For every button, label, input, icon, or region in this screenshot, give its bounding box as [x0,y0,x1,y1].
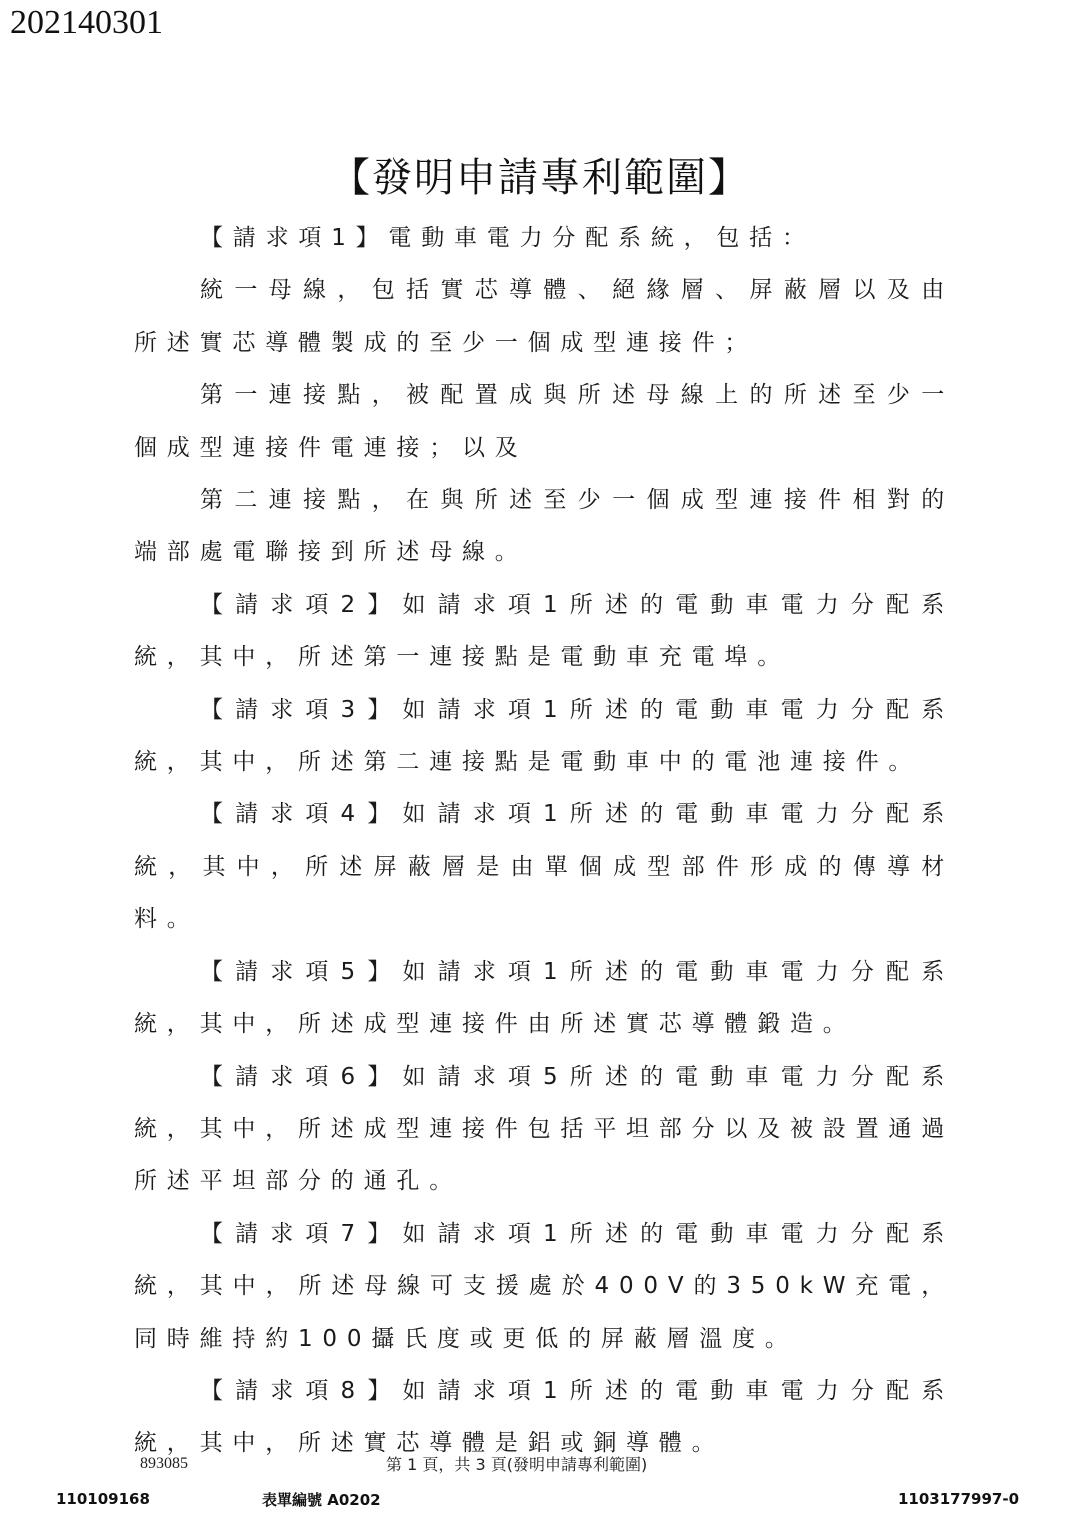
page-title: 【發明申請專利範圍】 [0,146,1080,203]
claim-5: 【請求項5】如請求項1所述的電動車電力分配系統，其中，所述成型連接件由所述實芯導… [134,946,954,1051]
claim-paragraph: 【請求項3】如請求項1所述的電動車電力分配系統，其中，所述第二連接點是電動車中的… [134,684,954,789]
claim-4: 【請求項4】如請求項1所述的電動車電力分配系統，其中，所述屏蔽層是由單個成型部件… [134,788,954,945]
claim-6: 【請求項6】如請求項5所述的電動車電力分配系統，其中，所述成型連接件包括平坦部分… [134,1051,954,1208]
claim-paragraph: 【請求項2】如請求項1所述的電動車電力分配系統，其中，所述第一連接點是電動車充電… [134,579,954,684]
claim-3: 【請求項3】如請求項1所述的電動車電力分配系統，其中，所述第二連接點是電動車中的… [134,684,954,789]
claim-paragraph: 第一連接點，被配置成與所述母線上的所述至少一個成型連接件電連接；以及 [134,369,954,474]
footer-code: 893085 [140,1455,188,1473]
claim-2: 【請求項2】如請求項1所述的電動車電力分配系統，其中，所述第一連接點是電動車充電… [134,579,954,684]
claim-paragraph: 【請求項4】如請求項1所述的電動車電力分配系統，其中，所述屏蔽層是由單個成型部件… [134,788,954,945]
claims-body: 【請求項1】電動車電力分配系統，包括： 統一母線，包括實芯導體、絕緣層、屏蔽層以… [134,212,954,1470]
claim-7: 【請求項7】如請求項1所述的電動車電力分配系統，其中，所述母線可支援處於400V… [134,1208,954,1365]
claim-paragraph: 第二連接點，在與所述至少一個成型連接件相對的端部處電聯接到所述母線。 [134,474,954,579]
page-indicator: 第 1 頁，共 3 頁(發明申請專利範圍) [386,1452,647,1475]
claim-paragraph: 統一母線，包括實芯導體、絕緣層、屏蔽層以及由所述實芯導體製成的至少一個成型連接件… [134,264,954,369]
claim-1: 【請求項1】電動車電力分配系統，包括： 統一母線，包括實芯導體、絕緣層、屏蔽層以… [134,212,954,579]
claim-paragraph: 【請求項5】如請求項1所述的電動車電力分配系統，其中，所述成型連接件由所述實芯導… [134,946,954,1051]
form-number: 表單編號 A0202 [262,1489,381,1510]
claim-paragraph: 【請求項6】如請求項5所述的電動車電力分配系統，其中，所述成型連接件包括平坦部分… [134,1051,954,1208]
claim-paragraph: 【請求項1】電動車電力分配系統，包括： [134,212,954,264]
document-serial: 1103177997-0 [898,1490,1019,1508]
claim-paragraph: 【請求項7】如請求項1所述的電動車電力分配系統，其中，所述母線可支援處於400V… [134,1208,954,1365]
application-number: 110109168 [56,1490,150,1508]
document-number: 202140301 [10,4,163,42]
